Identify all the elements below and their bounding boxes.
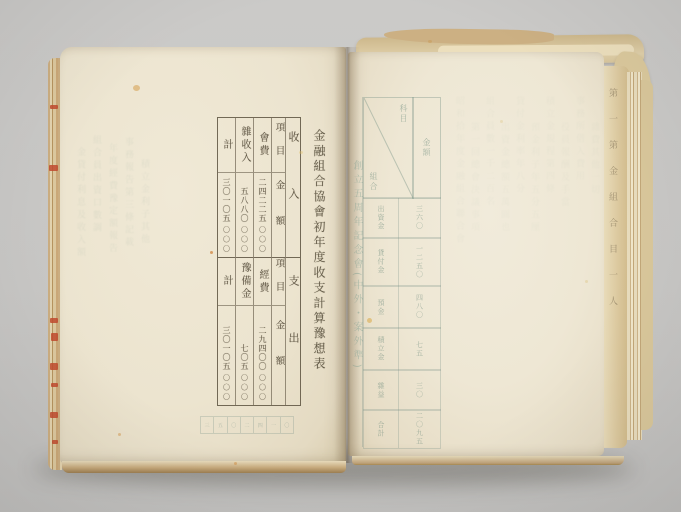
- bleedthrough-row: 出資金三六〇: [363, 197, 441, 239]
- bleedthrough-box-lower-text: 組合: [368, 172, 379, 192]
- bleedthrough-grid-cell: 二: [241, 417, 254, 433]
- red-edge-mark: [50, 105, 58, 109]
- bleedthrough-row-value: 七五: [415, 341, 425, 358]
- red-edge-mark: [52, 440, 58, 444]
- bleedthrough-header-cell: 金額: [412, 97, 441, 199]
- table-cell-exp-reserve-label: 豫備金: [236, 258, 254, 306]
- foxing-spot: [367, 318, 372, 323]
- bleedthrough-grid-cell: 四: [254, 417, 267, 433]
- table-cell-exp-expense-label: 經費: [254, 258, 272, 306]
- table-cell-exp-total-amount: 三〇一〇五〇〇〇: [218, 306, 236, 405]
- bleedthrough-row-label: 積立金: [376, 336, 386, 362]
- red-edge-mark: [49, 165, 58, 171]
- budget-table: 計 雜收入 會費 項目 收入 三〇一〇五〇〇〇 五八八〇〇〇〇 二四二二五〇〇〇…: [217, 117, 301, 406]
- table-cell-exp-section: 支出: [286, 258, 300, 405]
- bleedthrough-grid-cell: 〇: [228, 417, 241, 433]
- gutter-shadow: [334, 47, 360, 463]
- bleedthrough-row-value-cell: 二〇九五: [399, 410, 440, 448]
- red-edge-mark: [50, 363, 58, 370]
- red-edge-mark: [51, 333, 58, 341]
- left-bleedthrough-column: 組合員出資口數調: [90, 135, 103, 235]
- table-cell-income-misc-amount: 五八八〇〇〇〇: [236, 173, 254, 258]
- red-edge-mark: [50, 412, 58, 418]
- right-page-edge-stack: [627, 72, 642, 440]
- table-cell-income-fee-label: 會費: [254, 118, 272, 173]
- table-cell-exp-reserve-amount: 七〇五〇〇〇: [236, 306, 254, 405]
- red-edge-mark: [51, 383, 58, 387]
- table-cell-exp-item-header: 項目: [272, 258, 286, 306]
- bleedthrough-diagonal-box: 科目 組合: [363, 97, 414, 199]
- right-bleedthrough-faint-column: 積立金規程第四條: [543, 96, 556, 196]
- foxing-spot: [585, 280, 588, 283]
- table-cell-income-total-amount: 三〇一〇五〇〇〇: [218, 173, 236, 258]
- left-bleedthrough-column: 積立金利子其他: [138, 159, 151, 247]
- right-bleedthrough-faint-column: 事務所借入費用: [573, 96, 586, 184]
- foxing-spot: [210, 251, 213, 254]
- bleedthrough-grid-cell: 一: [267, 417, 280, 433]
- table-cell-income-total-label: 計: [218, 118, 236, 173]
- bleedthrough-row-label: 雜益: [376, 382, 386, 399]
- right-page-bottom-edge: [352, 456, 624, 465]
- bleedthrough-row: 預金四八〇: [363, 285, 441, 329]
- red-edge-mark: [50, 318, 58, 323]
- foxing-spot: [118, 433, 121, 436]
- foxing-spot: [234, 462, 237, 465]
- bleedthrough-row: 雜益三〇: [363, 369, 441, 411]
- table-cell-income-fee-amount: 二四二二五〇〇〇: [254, 173, 272, 258]
- bleedthrough-row-value: 二〇九五: [415, 412, 425, 446]
- right-page: 創立五周年記念會(中外・案外準) 科目 組合 金額 出資金三六〇貸付金一二五〇預…: [348, 52, 604, 456]
- bleedthrough-row-label: 合計: [376, 421, 386, 438]
- bleedthrough-row-value: 三〇: [415, 382, 425, 399]
- foxing-spot: [133, 85, 140, 91]
- table-cell-income-amount-header: 金額: [272, 173, 286, 258]
- bleedthrough-row-value-cell: 一二五〇: [399, 238, 440, 286]
- bleedthrough-row-label-cell: 雜益: [364, 370, 399, 410]
- bleedthrough-row: 貸付金一二五〇: [363, 237, 441, 287]
- right-bleedthrough-faint-column: 組合員數一千二百名: [483, 96, 496, 209]
- right-bleedthrough-faint-column: 雜費其他一切: [588, 122, 601, 197]
- table-cell-income-item-header: 項目: [272, 118, 286, 173]
- bleedthrough-box-upper-text: 科目: [398, 104, 409, 124]
- table-cell-exp-total-label: 計: [218, 258, 236, 306]
- right-bleedthrough-faint-column: 第一回總會決議事項: [468, 122, 481, 235]
- bleedthrough-grid-cell: 〇: [281, 417, 293, 433]
- bleedthrough-row-value-cell: 四八〇: [399, 286, 440, 328]
- bleedthrough-row: 合計二〇九五: [363, 409, 441, 449]
- left-page-bottom-edge: [62, 461, 346, 473]
- bleedthrough-row-label: 出資金: [376, 205, 386, 231]
- left-bleedthrough-column: 金貸付利息及收入額: [74, 147, 87, 260]
- right-bleedthrough-faint-column: 役員報酬及手當: [558, 122, 571, 210]
- bleedthrough-grid-cell: 三: [201, 417, 214, 433]
- table-cell-exp-expense-amount: 二九四〇〇〇〇〇: [254, 306, 272, 405]
- left-bleedthrough-column: 事務報告第三條記載: [122, 137, 135, 250]
- bleedthrough-row-value: 四八〇: [415, 294, 425, 320]
- right-bleedthrough-faint-column: 昭和拾年度金融組合聯合會: [453, 96, 466, 246]
- right-bleedthrough-faint-column: 貸付金利率年八分: [513, 96, 526, 196]
- foxing-spot: [299, 151, 303, 154]
- bleedthrough-row-value-cell: 三六〇: [399, 198, 440, 238]
- left-bleedthrough-column: 年度經費豫定額報告: [106, 143, 119, 256]
- table-cell-income-section: 收入: [286, 118, 300, 258]
- bleedthrough-row-label-cell: 積立金: [364, 328, 399, 370]
- bleedthrough-row-label: 預金: [376, 299, 386, 316]
- bleedthrough-row-label-cell: 合計: [364, 410, 399, 448]
- table-cell-income-misc-label: 雜收入: [236, 118, 254, 173]
- table-title: 金融組合協會初年度收支計算豫想表: [311, 129, 328, 385]
- foxing-spot: [428, 40, 432, 43]
- photo-of-open-ledger-book: 第一第金組合目一人 金貸付利息及收入額組合員出資口數調年度經費豫定額報告事務報告…: [0, 0, 681, 512]
- fore-edge-handwriting: 第一第金組合目一人: [606, 88, 619, 364]
- bleedthrough-row: 積立金七五: [363, 327, 441, 371]
- left-page-bleedthrough-grid: 三五〇二四一〇: [200, 416, 294, 434]
- table-cell-exp-amount-header: 金額: [272, 306, 286, 405]
- bleedthrough-grid-cell: 五: [214, 417, 227, 433]
- bleedthrough-row-label-cell: 貸付金: [364, 238, 399, 286]
- right-bleedthrough-faint-column: 預金利子年五分五厘: [528, 122, 541, 235]
- bleedthrough-row-label-cell: 出資金: [364, 198, 399, 238]
- right-bleedthrough-faint-column: 出資金總額五萬圓也: [498, 122, 511, 235]
- bleedthrough-row-value-cell: 三〇: [399, 370, 440, 410]
- left-page: 金貸付利息及收入額組合員出資口數調年度經費豫定額報告事務報告第三條記載積立金利子…: [60, 47, 346, 463]
- bleedthrough-row-value: 三六〇: [415, 205, 425, 231]
- right-page-edge-stack: [641, 80, 653, 430]
- foxing-spot: [500, 120, 503, 123]
- bleedthrough-row-value-cell: 七五: [399, 328, 440, 370]
- bleedthrough-row-label: 貸付金: [376, 249, 386, 275]
- bleedthrough-row-value: 一二五〇: [415, 245, 425, 279]
